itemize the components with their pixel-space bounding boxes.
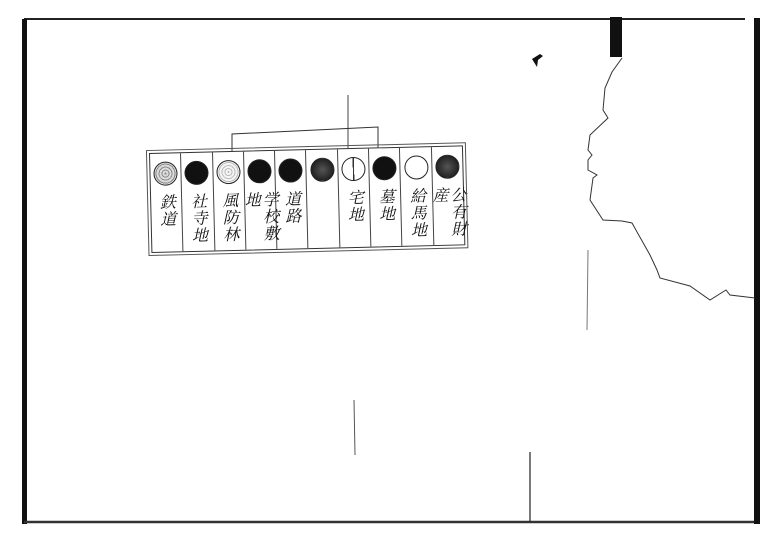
legend-label: 墓地 [376,188,395,222]
solid-circle-icon [279,158,304,183]
solid-circle-icon [372,156,397,181]
legend-label: 道路 [282,190,301,224]
legend-item-school: 学校敷地 [244,151,278,250]
dense-circle-icon [435,154,460,179]
legend-item-shrine-temple: 社寺地 [181,152,215,251]
legend-label: 学校敷地 [242,191,279,250]
solid-circle-icon [247,159,272,184]
legend-label: 宅地 [345,189,364,223]
legend-label: 風防林 [220,192,239,243]
stipple-circle-icon [153,161,178,186]
legend-item-public-property: 公有財産 [432,146,465,245]
light-stipple-circle-icon [216,160,241,185]
legend-item-windbreak: 風防林 [213,152,247,251]
solid-circle-icon [185,161,210,186]
empty-circle-icon [404,155,429,180]
legend-item-residential: 宅地 [338,149,372,248]
legend-item-unlabeled [306,149,340,248]
legend-item-railway: 鉄道 [150,153,184,252]
dense-circle-icon [310,157,335,182]
legend-label: 給馬地 [407,187,426,238]
map-sheet: 鉄道 社寺地 風防林 学校敷地 道路 宅地 墓地 [0,0,768,541]
legend-label: 社寺地 [188,193,207,244]
legend-item-road: 道路 [275,150,309,249]
line-circle-icon [341,157,366,182]
legend-item-cemetery: 墓地 [369,148,403,247]
legend-item-pasture: 給馬地 [400,147,434,246]
legend-label: 公有財産 [430,186,467,245]
map-legend: 鉄道 社寺地 風防林 学校敷地 道路 宅地 墓地 [149,145,465,253]
legend-label: 鉄道 [157,193,176,227]
map-linework [0,0,768,541]
